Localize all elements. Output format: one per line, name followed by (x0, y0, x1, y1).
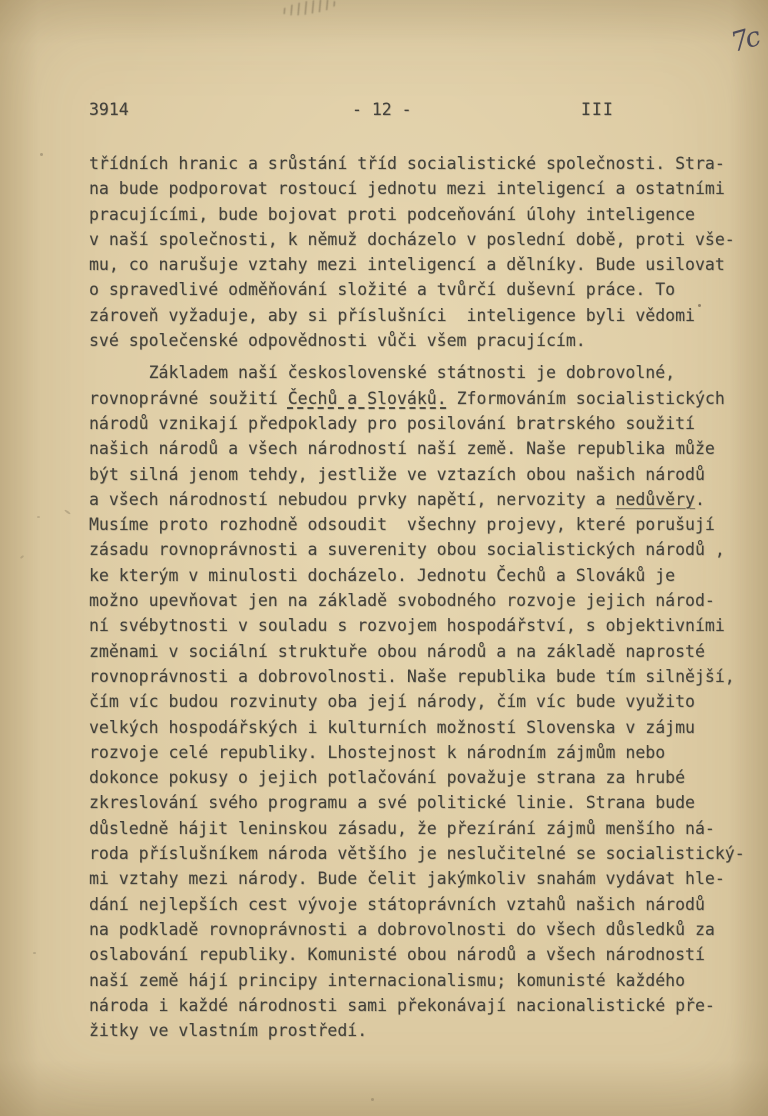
text-line: Musíme proto rozhodně odsoudit všechny p… (89, 512, 745, 537)
text-line: změnami v sociální struktuře obou národů… (89, 639, 745, 664)
paper-speck (371, 1098, 374, 1101)
text-span: . (695, 490, 705, 509)
text-line: mu, co narušuje vztahy mezi inteligencí … (89, 252, 745, 277)
text-line: čím víc budou rozvinuty oba její národy,… (89, 689, 745, 714)
text-line: národa i každé národnosti sami překonáva… (89, 993, 745, 1018)
text-line: na podkladě rovnoprávnosti a dobrovolnos… (89, 917, 745, 942)
text-line: ní svébytnosti v souladu s rozvojem hosp… (89, 613, 745, 638)
text-line: třídních hranic a srůstání tříd socialis… (89, 151, 745, 176)
text-line: zároveň vyžaduje, aby si příslušníci int… (89, 303, 745, 328)
underlined-phrase: nedůvěry (616, 490, 695, 509)
document-number: 3914 (89, 100, 129, 119)
text-line: mi vztahy mezi národy. Bude čelit jakýmk… (89, 866, 745, 891)
text-line: být silná jenom tehdy, jestliže ve vztaz… (89, 462, 745, 487)
section-numeral: III (581, 100, 614, 119)
text-line: rozvoje celé republiky. Lhostejnost k ná… (89, 740, 745, 765)
text-line: zkreslování svého programu a své politic… (89, 790, 745, 815)
paper-speck (40, 153, 43, 156)
underlined-phrase: Čechů a Slováků. (288, 389, 447, 408)
text-line: národů vznikají předpoklady pro posilová… (89, 411, 745, 436)
text-line: ke kterým v minulosti docházelo. Jednotu… (89, 563, 745, 588)
document-body: třídních hranic a srůstání tříd socialis… (89, 151, 745, 1043)
text-line: rovnoprávné soužití Čechů a Slováků. Zfo… (89, 386, 745, 411)
text-line: našich národů a všech národností naší ze… (89, 436, 745, 461)
ink-smudge (281, 0, 336, 18)
text-line: dokonce pokusy o jejich potlačování pova… (89, 765, 745, 790)
text-line: zásadu rovnoprávnosti a suverenity obou … (89, 537, 745, 562)
text-span: a všech národností nebudou prvky napětí,… (89, 490, 616, 509)
text-line: naší země hájí principy internacionalism… (89, 968, 745, 993)
paper-speck (20, 555, 24, 559)
text-line: dání nejlepších cest vývoje státoprávníc… (89, 892, 745, 917)
scanned-document-page: 7c 3914 - 12 - III třídních hranic a srů… (0, 0, 768, 1116)
text-span: Zformováním socialistických (447, 389, 725, 408)
text-span: rovnoprávné soužití (89, 389, 288, 408)
text-line: o spravedlivé odměňování složité a tvůrč… (89, 277, 745, 302)
paragraph: třídních hranic a srůstání tříd socialis… (89, 151, 745, 353)
page-number: - 12 - (352, 100, 412, 119)
paper-speck (37, 516, 40, 518)
text-line: možno upevňovat jen na základě svobodnéh… (89, 588, 745, 613)
pencil-tick (64, 509, 71, 515)
text-line: a všech národností nebudou prvky napětí,… (89, 487, 745, 512)
text-line: pracujícími, bude bojovat proti podceňov… (89, 202, 745, 227)
text-line: oslabování republiky. Komunisté obou nár… (89, 942, 745, 967)
text-line: na bude podporovat rostoucí jednotu mezi… (89, 176, 745, 201)
text-line: v naší společnosti, k němuž docházelo v … (89, 227, 745, 252)
text-line: žitky ve vlastním prostředí. (89, 1018, 745, 1043)
handwritten-corner-mark: 7c (728, 16, 768, 58)
paragraph: Základem naší československé státnosti j… (89, 360, 745, 1043)
text-line: důsledně hájit leninskou zásadu, že přez… (89, 816, 745, 841)
text-line: velkých hospodářských i kulturních možno… (89, 715, 745, 740)
text-line: roda příslušníkem národa většího je nesl… (89, 841, 745, 866)
text-line: rovnoprávnosti a dobrovolnosti. Naše rep… (89, 664, 745, 689)
paper-speck (33, 952, 36, 954)
text-line: Základem naší československé státnosti j… (89, 360, 745, 385)
page-header: 3914 - 12 - III (0, 100, 768, 122)
text-line: své společenské odpovědnosti vůči všem p… (89, 328, 745, 353)
